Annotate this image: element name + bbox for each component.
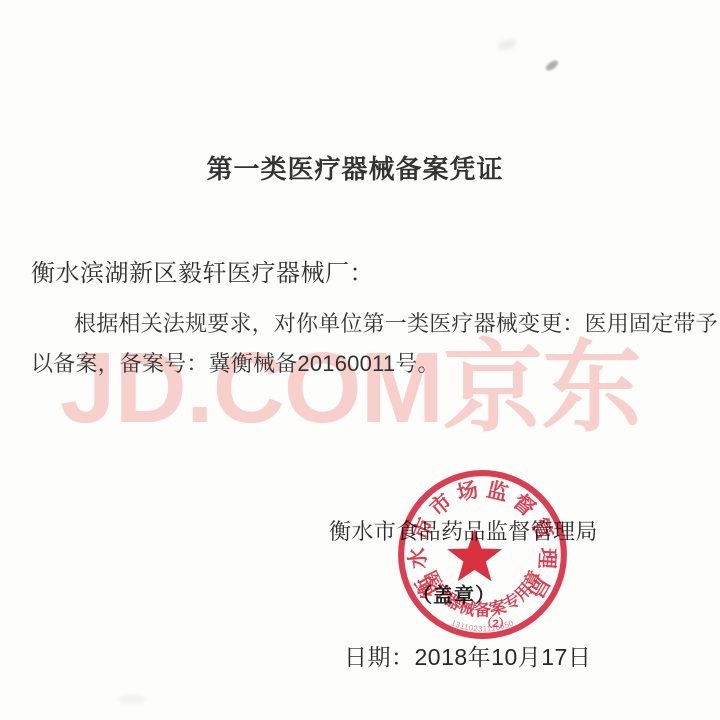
recipient-line: 衡水滨湖新区毅轩医疗器械厂： bbox=[31, 253, 374, 288]
body-text-line-1: 根据相关法规要求，对你单位第一类医疗器械变更：医用固定带予 bbox=[74, 307, 718, 338]
issue-date: 日期：2018年10月17日 bbox=[344, 639, 591, 672]
photo-smudge-artifact bbox=[544, 59, 559, 73]
certificate-title: 第一类医疗器械备案凭证 bbox=[0, 149, 710, 186]
photo-smudge-artifact bbox=[118, 695, 146, 703]
official-seal-stamp: 衡水市市场监督管理局 医疗器械备案专用章 （2） 13110231116650 bbox=[393, 467, 572, 642]
body-text-line-2: 以备案，备案号：冀衡械备20160011号。 bbox=[31, 347, 440, 378]
certificate-page: JD.COM京东 第一类医疗器械备案凭证 衡水滨湖新区毅轩医疗器械厂： 根据相关… bbox=[0, 0, 720, 720]
red-star-icon bbox=[447, 529, 502, 581]
photo-smudge-artifact bbox=[496, 37, 518, 52]
